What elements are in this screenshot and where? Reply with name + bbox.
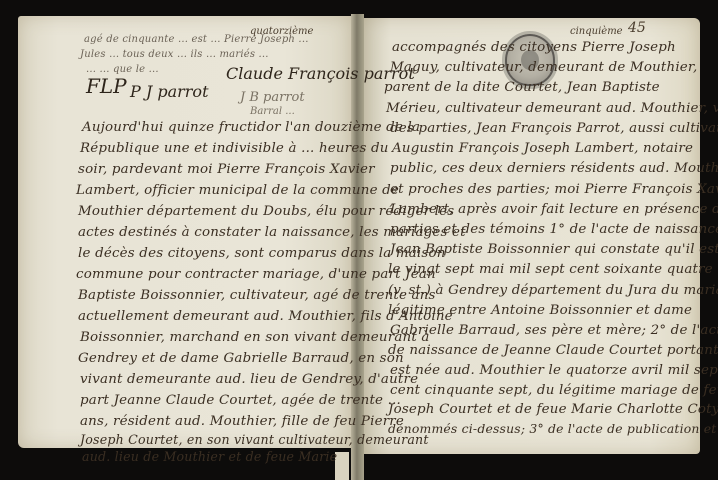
text-line: cent cinquante sept, du légitime mariage…	[390, 383, 718, 398]
text-line: aud. lieu de Mouthier et de feue Marie	[82, 449, 337, 464]
signature: Barral ...	[250, 106, 295, 117]
text-line: part Jeanne Claude Courtet, agée de tren…	[80, 393, 401, 408]
text-line: Lambert, officier municipal de la commun…	[76, 183, 399, 198]
text-line: Boissonnier, marchand en son vivant deme…	[80, 330, 430, 345]
text-line: Gabrielle Barraud, ses père et mère; 2° …	[390, 323, 718, 338]
text-line: Mérieu, cultivateur demeurant aud. Mouth…	[386, 101, 718, 116]
text-line: Joseph Courtet, en son vivant cultivateu…	[80, 432, 429, 447]
signature-initials: FLP	[86, 74, 127, 98]
text-line: et proches des parties; moi Pierre Franç…	[390, 182, 718, 197]
text-line: Jean Baptiste Boissonnier qui constate q…	[390, 242, 718, 257]
text-line: République une et indivisible à ... heur…	[80, 141, 389, 156]
text-line: Baptiste Boissonnier, cultivateur, agé d…	[78, 288, 436, 303]
text-line: Lambert, après avoir fait lecture en pré…	[390, 202, 718, 217]
text-line: parent de la dite Courtet, Jean Baptiste	[384, 80, 660, 95]
text-line: parties et des témoins 1° de l'acte de n…	[390, 222, 718, 237]
right-folio-note: cinquième	[570, 26, 623, 37]
text-line: ans, résident aud. Mouthier, fille de fe…	[80, 414, 404, 429]
text-line: Augustin François Joseph Lambert, notair…	[392, 141, 693, 156]
right-folio-number: 45	[628, 20, 646, 36]
text-line: légitime entre Antoine Boissonnier et da…	[388, 303, 692, 318]
text-line: des parties, Jean François Parrot, aussi…	[390, 121, 718, 136]
text-line: public, ces deux derniers résidents aud.…	[390, 161, 718, 176]
signature: J B parrot	[240, 90, 305, 105]
text-line: vivant demeurante aud. lieu de Gendrey, …	[80, 372, 418, 387]
text-line: est née aud. Mouthier le quatorze avril …	[390, 363, 718, 378]
text-line: Joseph Courtet et de feue Marie Charlott…	[388, 402, 718, 417]
text-line: Gendrey et de dame Gabrielle Barraud, en…	[78, 351, 404, 366]
text-line: commune pour contracter mariage, d'une p…	[76, 267, 436, 282]
text-line: accompagnés des citoyens Pierre Joseph	[392, 40, 676, 55]
left-top-line: Jules ... tous deux ... ils ... mariés .…	[80, 49, 269, 60]
text-line: (v. st.) à Gendrey département du Jura d…	[388, 283, 718, 298]
signature: P J parrot	[130, 82, 209, 101]
text-line: le vingt sept mai mil sept cent soixante…	[388, 262, 713, 277]
text-line: Maguy, cultivateur, demeurant de Mouthie…	[390, 60, 698, 75]
text-line: soir, pardevant moi Pierre François Xavi…	[78, 162, 375, 177]
text-line: dénommés ci-dessus; 3° de l'acte de publ…	[388, 421, 716, 436]
left-folio-note: quatorzième	[250, 26, 313, 37]
text-line: de naissance de Jeanne Claude Courtet po…	[388, 343, 718, 358]
text-line: Aujourd'hui quinze fructidor l'an douziè…	[82, 120, 420, 135]
